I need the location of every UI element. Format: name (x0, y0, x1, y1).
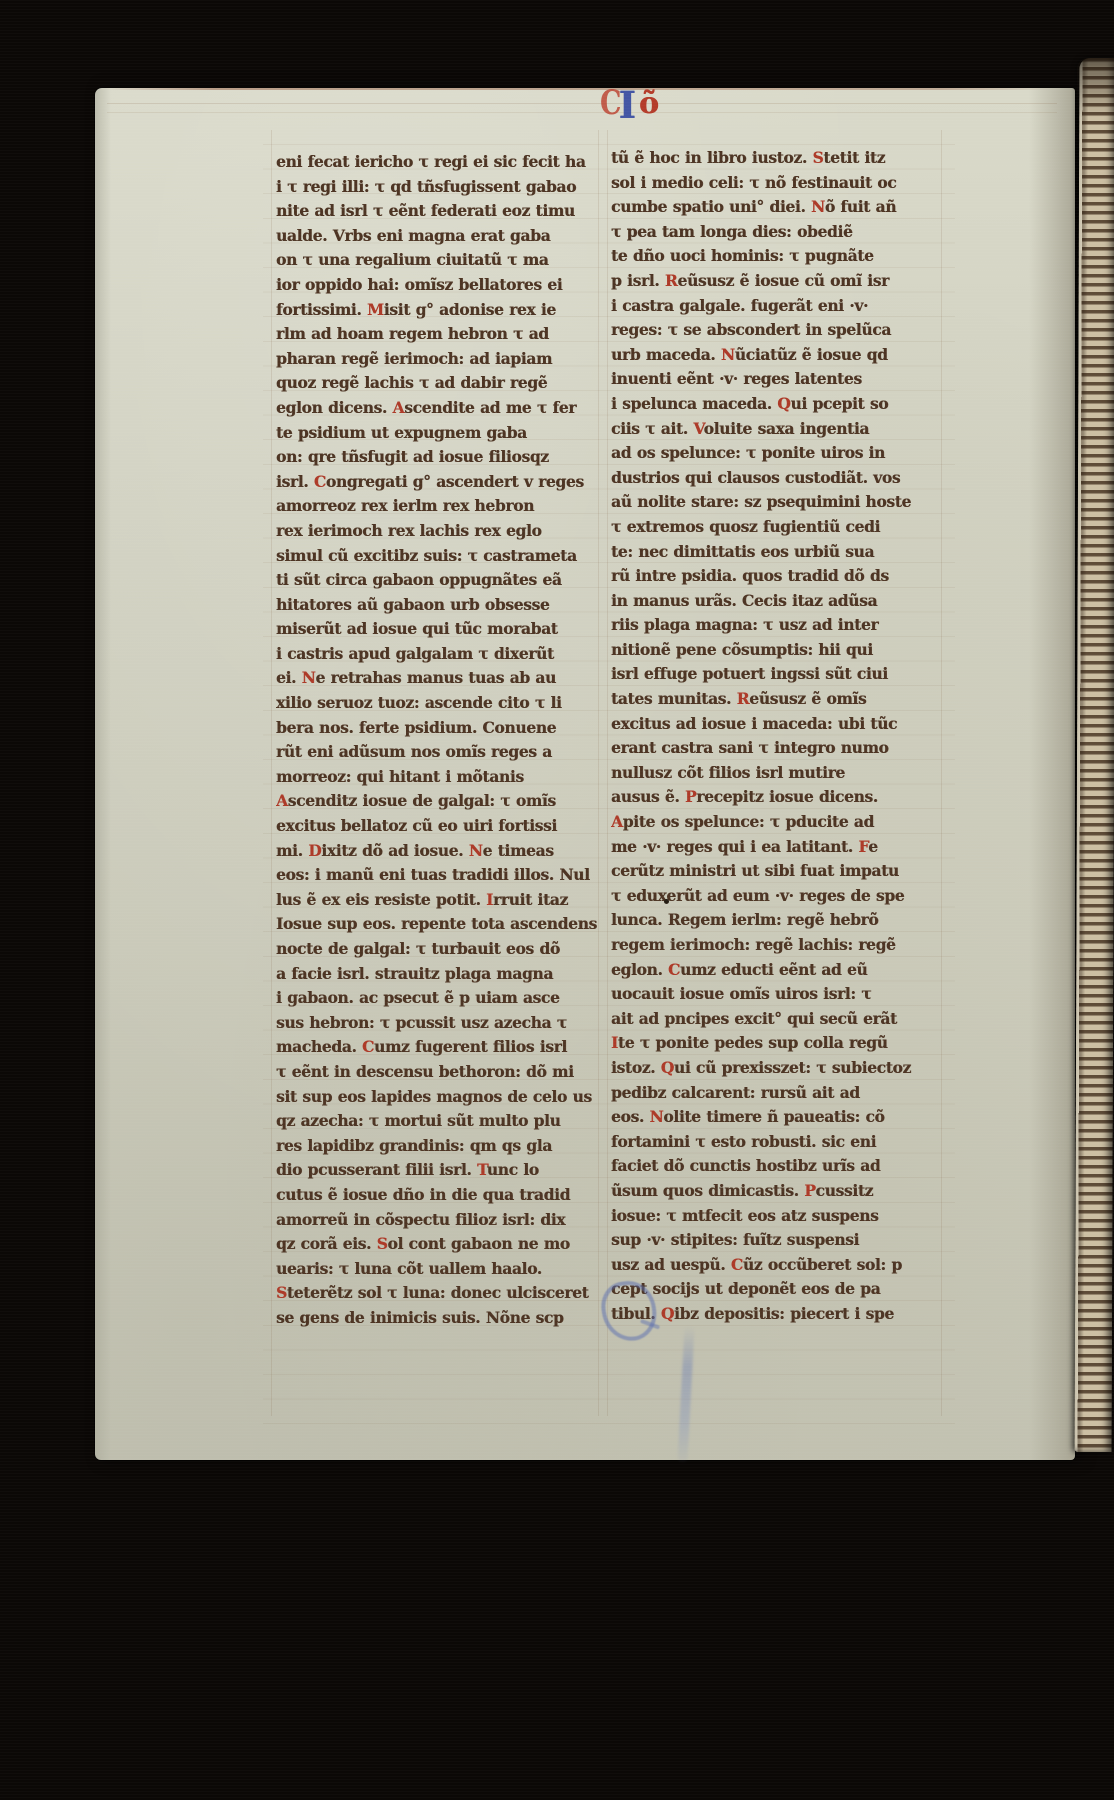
text-line: nocte de galgal: τ turbauit eos dõ (276, 937, 598, 962)
rubricated-initial: A (393, 398, 405, 417)
text-line: excitus ad iosue i maceda: ubi tũc (611, 712, 941, 737)
rubricated-initial: M (367, 300, 384, 319)
rubricated-initial: C (362, 1037, 374, 1056)
column-rule (598, 130, 599, 1416)
text-line: nitionẽ pene cõsumptis: hii qui (611, 638, 941, 663)
text-line: cumbe spatio uni° diei. Nõ fuit añ (611, 195, 941, 220)
text-line: τ pea tam longa dies: obediẽ (611, 220, 941, 245)
text-line: in manus urãs. Cecis itaz adũsa (611, 589, 941, 614)
rubricated-initial: R (665, 271, 678, 290)
text-line: Iosue sup eos. repente tota ascendens (276, 912, 598, 937)
text-line: quoz regẽ lachis τ ad dabir regẽ (276, 371, 598, 396)
text-line: xilio seruoz tuoz: ascende cito τ li (276, 691, 598, 716)
rubricated-initial: R (737, 689, 750, 708)
rubricated-initial: C (668, 960, 680, 979)
top-ruling-line (107, 103, 1057, 104)
rubricated-initial: N (469, 841, 483, 860)
running-title-letter-o: õ (639, 84, 659, 124)
column-rule (607, 130, 608, 1416)
text-line: se gens de inimicis suis. Nõne scp (276, 1306, 598, 1331)
rubricated-initial: I (486, 890, 493, 909)
text-line: p isrl. Reũsusz ẽ iosue cũ omĩ isr (611, 269, 941, 294)
text-line: τ extremos quosz fugientiũ cedi (611, 515, 941, 540)
text-line: ũsum quos dimicastis. Pcussitz (611, 1179, 941, 1204)
text-line: ei. Ne retrahas manus tuas ab au (276, 666, 598, 691)
text-line: simul cũ excitibz suis: τ castrameta (276, 544, 598, 569)
rubricated-initial: C (314, 472, 326, 491)
text-line: macheda. Cumz fugerent filios isrl (276, 1035, 598, 1060)
text-line: Steterẽtz sol τ luna: donec ulcisceret (276, 1281, 598, 1306)
text-line: Ascenditz iosue de galgal: τ omĩs (276, 789, 598, 814)
text-column-right: tũ ẽ hoc in libro iustoz. Stetit itzsol … (611, 146, 941, 1336)
rubricated-initial: N (302, 668, 316, 687)
top-ruling-line (107, 112, 1057, 113)
text-line: dustrios qui clausos custodiãt. vos (611, 466, 941, 491)
text-line: riis plaga magna: τ usz ad inter (611, 613, 941, 638)
text-line: eglon dicens. Ascendite ad me τ fer (276, 396, 598, 421)
text-line: nullusz cõt filios isrl mutire (611, 761, 941, 786)
text-line: ti sũt circa gabaon oppugnãtes eã (276, 568, 598, 593)
text-line: pharan regẽ ierimoch: ad iapiam (276, 347, 598, 372)
text-line: sus hebron: τ pcussit usz azecha τ (276, 1011, 598, 1036)
text-line: uearis: τ luna cõt uallem haalo. (276, 1257, 598, 1282)
text-line: dio pcusserant filii isrl. Tunc lo (276, 1158, 598, 1183)
column-rule (271, 130, 272, 1416)
text-line: fortamini τ esto robusti. sic eni (611, 1130, 941, 1155)
text-line: tates munitas. Reũsusz ẽ omĩs (611, 687, 941, 712)
rubricated-initial: N (649, 1107, 663, 1126)
text-line: tũ ẽ hoc in libro iustoz. Stetit itz (611, 146, 941, 171)
text-line: aũ nolite stare: sz psequimini hoste (611, 490, 941, 515)
text-line: amorreũ in cõspectu filioz isrl: dix (276, 1208, 598, 1233)
text-line: eglon. Cumz educti eẽnt ad eũ (611, 958, 941, 983)
rubricated-initial: Q (777, 394, 790, 413)
text-line: lus ẽ ex eis resiste potit. Irruit itaz (276, 888, 598, 913)
fore-edge-shadow (1077, 58, 1114, 118)
rubricated-initial: T (477, 1160, 487, 1179)
text-line: miserũt ad iosue qui tũc morabat (276, 617, 598, 642)
running-title: C I õ (600, 84, 659, 130)
text-line: bera nos. ferte psidium. Conuene (276, 716, 598, 741)
text-line: ior oppido hai: omĩsz bellatores ei (276, 273, 598, 298)
text-line: rũ intre psidia. quos tradid dõ ds (611, 564, 941, 589)
text-line: on τ una regalium ciuitatũ τ ma (276, 248, 598, 273)
text-line: i τ regi illi: τ qd tñsfugissent gabao (276, 175, 598, 200)
text-line: regem ierimoch: regẽ lachis: regẽ (611, 933, 941, 958)
text-line: pedibz calcarent: rursũ ait ad (611, 1081, 941, 1106)
rubricated-initial: V (693, 419, 703, 438)
text-line: fortissimi. Misit g° adonise rex ie (276, 298, 598, 323)
text-line: cept socijs ut deponẽt eos de pa (611, 1277, 941, 1302)
text-line: sit sup eos lapides magnos de celo us (276, 1085, 598, 1110)
text-line: i spelunca maceda. Qui pcepit so (611, 392, 941, 417)
text-line: Ite τ ponite pedes sup colla regũ (611, 1031, 941, 1056)
text-line: mi. Dixitz dõ ad iosue. Ne timeas (276, 839, 598, 864)
text-line: excitus bellatoz cũ eo uiri fortissi (276, 814, 598, 839)
text-line: sup ·v· stipites: fuĩtz suspensi (611, 1228, 941, 1253)
text-line: ausus ẽ. Precepitz iosue dicens. (611, 785, 941, 810)
rubricated-initial: S (812, 148, 823, 167)
text-line: i castra galgale. fugerãt eni ·v· (611, 294, 941, 319)
rubricated-initial: N (811, 197, 825, 216)
rubricated-initial: F (858, 837, 868, 856)
text-line: isrl. Congregati g° ascendert v reges (276, 470, 598, 495)
rubricated-initial: D (308, 841, 321, 860)
text-line: faciet dõ cunctis hostibz urĩs ad (611, 1154, 941, 1179)
text-line: amorreoz rex ierlm rex hebron (276, 494, 598, 519)
text-line: rũt eni adũsum nos omĩs reges a (276, 740, 598, 765)
text-line: hitatores aũ gabaon urb obsesse (276, 593, 598, 618)
ink-spot (664, 899, 669, 904)
text-line: morreoz: qui hitant i mõtanis (276, 765, 598, 790)
text-line: res lapidibz grandinis: qm qs gla (276, 1134, 598, 1159)
rubricated-initial: S (377, 1234, 388, 1253)
rubricated-initial: Q (661, 1304, 674, 1323)
text-line: ait ad pncipes excit° qui secũ erãt (611, 1007, 941, 1032)
rubricated-initial: I (611, 1033, 618, 1052)
text-line: qz corã eis. Sol cont gabaon ne mo (276, 1232, 598, 1257)
text-column-left: eni fecat iericho τ regi ei sic fecit ha… (276, 150, 598, 1340)
text-line: τ eẽnt in descensu bethoron: dõ mi (276, 1060, 598, 1085)
text-line: te psidium ut expugnem gaba (276, 421, 598, 446)
text-line: on: qre tñsfugit ad iosue filiosqz (276, 445, 598, 470)
text-line: me ·v· reges qui i ea latitant. Fe (611, 835, 941, 860)
text-line: erant castra sani τ integro numo (611, 736, 941, 761)
text-line: ualde. Vrbs eni magna erat gaba (276, 224, 598, 249)
text-line: inuenti eẽnt ·v· reges latentes (611, 367, 941, 392)
text-line: urb maceda. Nũciatũz ẽ iosue qd (611, 343, 941, 368)
text-line: a facie isrl. strauitz plaga magna (276, 962, 598, 987)
text-line: Apite os spelunce: τ pducite ad (611, 810, 941, 835)
rubricated-initial: P (685, 787, 696, 806)
rubricated-initial: S (276, 1283, 287, 1302)
rubricated-initial: A (276, 791, 288, 810)
rubricated-initial: N (721, 345, 735, 364)
text-line: sol i medio celi: τ nõ festinauit oc (611, 171, 941, 196)
text-line: i castris apud galgalam τ dixerũt (276, 642, 598, 667)
column-rule (941, 130, 942, 1416)
text-line: rex ierimoch rex lachis rex eglo (276, 519, 598, 544)
rubricated-initial: P (804, 1181, 815, 1200)
rubricated-initial: A (611, 812, 623, 831)
text-line: τ eduxerũt ad eum ·v· reges de spe (611, 884, 941, 909)
text-line: iosue: τ mtfecit eos atz suspens (611, 1204, 941, 1229)
page-top-edge (101, 88, 1056, 90)
text-line: te dño uoci hominis: τ pugnãte (611, 244, 941, 269)
text-line: nite ad isrl τ eẽnt federati eoz timu (276, 199, 598, 224)
fore-edge-pages (1075, 58, 1114, 1452)
text-line: qz azecha: τ mortui sũt multo plu (276, 1109, 598, 1134)
text-line: eni fecat iericho τ regi ei sic fecit ha (276, 150, 598, 175)
text-line: te: nec dimittatis eos urbiũ sua (611, 540, 941, 565)
text-line: rlm ad hoam regem hebron τ ad (276, 322, 598, 347)
text-line: cerũtz ministri ut sibi fuat impatu (611, 859, 941, 884)
text-line: uocauit iosue omĩs uiros isrl: τ (611, 982, 941, 1007)
text-line: ad os spelunce: τ ponite uiros in (611, 441, 941, 466)
text-line: usz ad uespũ. Cũz occũberet sol: p (611, 1253, 941, 1278)
text-line: eos. Nolite timere ñ paueatis: cõ (611, 1105, 941, 1130)
text-line: cutus ẽ iosue dño in die qua tradid (276, 1183, 598, 1208)
text-line: lunca. Regem ierlm: regẽ hebrõ (611, 908, 941, 933)
text-line: tibul. Qibz depositis: piecert i spe (611, 1302, 941, 1327)
text-line: eos: i manũ eni tuas tradidi illos. Nul (276, 863, 598, 888)
text-line: istoz. Qui cũ prexisszet: τ subiectoz (611, 1056, 941, 1081)
text-line: i gabaon. ac psecut ẽ p uiam asce (276, 986, 598, 1011)
photo-background: C I õ eni fecat iericho τ regi ei sic fe… (0, 0, 1114, 1800)
manuscript-page: C I õ eni fecat iericho τ regi ei sic fe… (95, 88, 1075, 1460)
running-title-penwork-flourish: C (600, 79, 622, 129)
rubricated-initial: Q (661, 1058, 674, 1077)
rubricated-initial: C (731, 1255, 743, 1274)
text-line: isrl effuge potuert ingssi sũt ciui (611, 662, 941, 687)
text-line: reges: τ se abscondert in spelũca (611, 318, 941, 343)
text-line: ciis τ ait. Voluite saxa ingentia (611, 417, 941, 442)
